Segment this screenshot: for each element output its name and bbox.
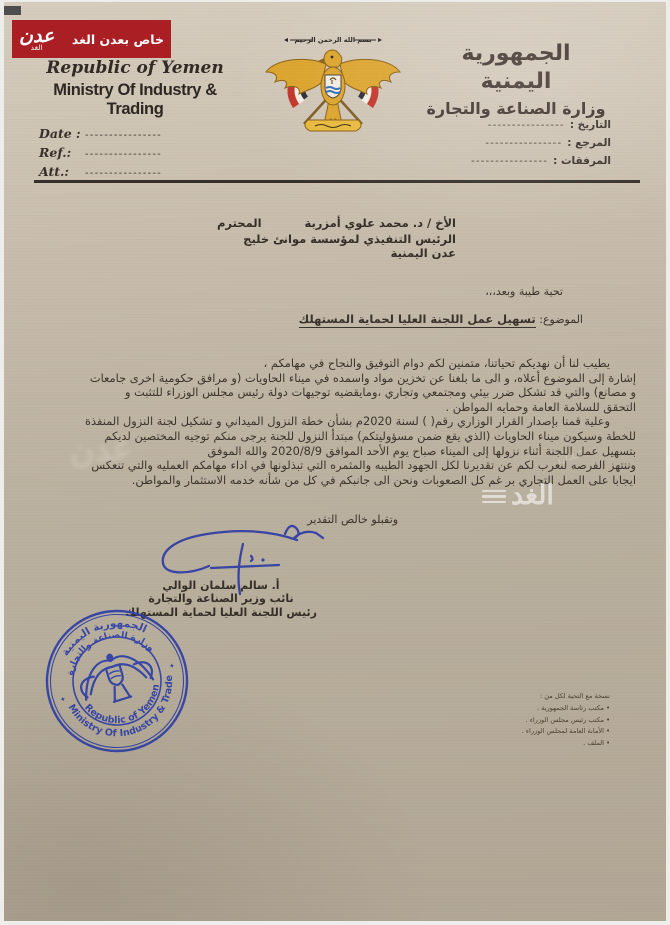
press-banner-label: خاص بعدن الغد	[72, 32, 164, 47]
stamp-separator-left: ✦	[59, 695, 67, 704]
country-name-en: Republic of Yemen	[24, 58, 246, 78]
addressee-block: الأخ / د. محمد علوي أمزربة المحترم الرئي…	[217, 216, 456, 260]
body-line: إشارة إلى الموضوع أعلاه، و الى ما بلغنا …	[36, 371, 636, 386]
ministry-name-ar: وزارة الصناعة والتجارة	[426, 99, 606, 118]
att-value-blank-ar: ----------------	[471, 156, 548, 167]
watermark-logo-bars	[482, 490, 506, 504]
signatory-name: أ. سالم سلمان الوالي	[116, 579, 326, 592]
body-line: التحقق للسلامة العامة وحمايه المواطن .	[36, 400, 636, 415]
letterhead-divider	[34, 180, 640, 183]
date-row: Date : ----------------	[39, 126, 162, 141]
country-name-ar: الجمهورية اليمنية	[426, 40, 606, 95]
ref-row-ar: المرجع : ----------------	[471, 137, 611, 149]
cc-item: • الملف .	[522, 738, 610, 750]
att-row: Att.: ----------------	[39, 164, 162, 179]
honorific: المحترم	[217, 216, 262, 230]
cc-item: • الأمانة العامة لمجلس الوزراء .	[522, 726, 610, 738]
letter-body: يطيب لنا أن نهديكم تحياتنا، متمنين لكم د…	[36, 356, 636, 487]
att-value-blank: ----------------	[85, 168, 162, 179]
subject-line: الموضوع: تسهيل عمل اللجنة العليا لحماية …	[299, 312, 583, 326]
date-value-blank: ----------------	[85, 130, 162, 141]
date-value-blank-ar: ----------------	[488, 120, 565, 131]
body-line: للخطة وسيكون ميناء الحاويات (الذي يقع ضم…	[36, 429, 636, 444]
logo-sub-text: الغد	[31, 44, 43, 52]
body-line: بتسهيل عمل اللجنة أثناء نزولها إلى المين…	[36, 444, 636, 459]
body-line: يطيب لنا أن نهديكم تحياتنا، متمنين لكم د…	[36, 356, 636, 371]
ministry-name-en: Ministry Of Industry & Trading	[24, 81, 246, 119]
ref-value-blank-ar: ----------------	[485, 138, 562, 149]
ref-row: Ref.: ----------------	[39, 145, 162, 160]
addressee-name: الأخ / د. محمد علوي أمزربة	[305, 216, 456, 230]
letterhead-arabic: الجمهورية اليمنية وزارة الصناعة والتجارة	[426, 40, 606, 118]
addressee-title: الرئيس التنفيذي لمؤسسة موانئ خليج عدن ال…	[217, 232, 456, 260]
aden-alghad-logo: عدن الغد	[19, 27, 54, 52]
ref-label-ar: المرجع :	[567, 137, 611, 149]
body-line: وعلية قمنا بإصدار القرار الوزاري رقم( ) …	[36, 414, 636, 429]
att-row-ar: المرفقات : ----------------	[471, 155, 611, 167]
reference-fields-arabic: التاريخ : ---------------- المرجع : ----…	[471, 119, 611, 173]
att-label-ar: المرفقات :	[553, 155, 611, 167]
subject-text: تسهيل عمل اللجنة العليا لحماية المستهلك	[299, 312, 536, 328]
greeting: تحية طيبة وبعد،،،	[485, 285, 563, 298]
date-row-ar: التاريخ : ----------------	[471, 119, 611, 131]
screenshot-artifact	[4, 6, 21, 15]
cc-list: نسخة مع التحية لكل من : • مكتب رئاسة الج…	[522, 691, 610, 750]
yemen-coat-of-arms: بسم الله الرحمن الرحيم	[258, 28, 408, 140]
body-line: وننتهز الفرصه لنعرب لكم عن تقديرنا لكل ا…	[36, 458, 636, 473]
cc-item: • مكتب رئيس مجلس الوزراء .	[522, 715, 610, 727]
press-banner: خاص بعدن الغد عدن الغد	[12, 20, 171, 58]
letterhead-english: Republic of Yemen Ministry Of Industry &…	[24, 58, 246, 119]
date-label-ar: التاريخ :	[570, 119, 611, 131]
att-label: Att.:	[39, 164, 85, 179]
scanned-letter-page: خاص بعدن الغد عدن الغد Republic of Yemen…	[4, 2, 666, 921]
ref-label: Ref.:	[39, 145, 85, 160]
stamp-separator-right: ✦	[168, 662, 176, 671]
date-label: Date :	[39, 126, 85, 141]
body-line: و مصانع) والتي قد تشكل ضرر بيئي ومجتمعي …	[36, 385, 636, 400]
reference-fields-english: Date : ---------------- Ref.: ----------…	[39, 126, 162, 183]
screenshot-root: { "banner": { "label": "خاص بعدن الغد", …	[0, 0, 670, 925]
body-line: ايجابا على العمل التجاري بر غم كل الصعوب…	[36, 473, 636, 488]
cc-heading: نسخة مع التحية لكل من :	[522, 691, 610, 703]
cc-item: • مكتب رئاسة الجمهورية .	[522, 703, 610, 715]
subject-label: الموضوع:	[539, 313, 583, 326]
ref-value-blank: ----------------	[85, 149, 162, 160]
